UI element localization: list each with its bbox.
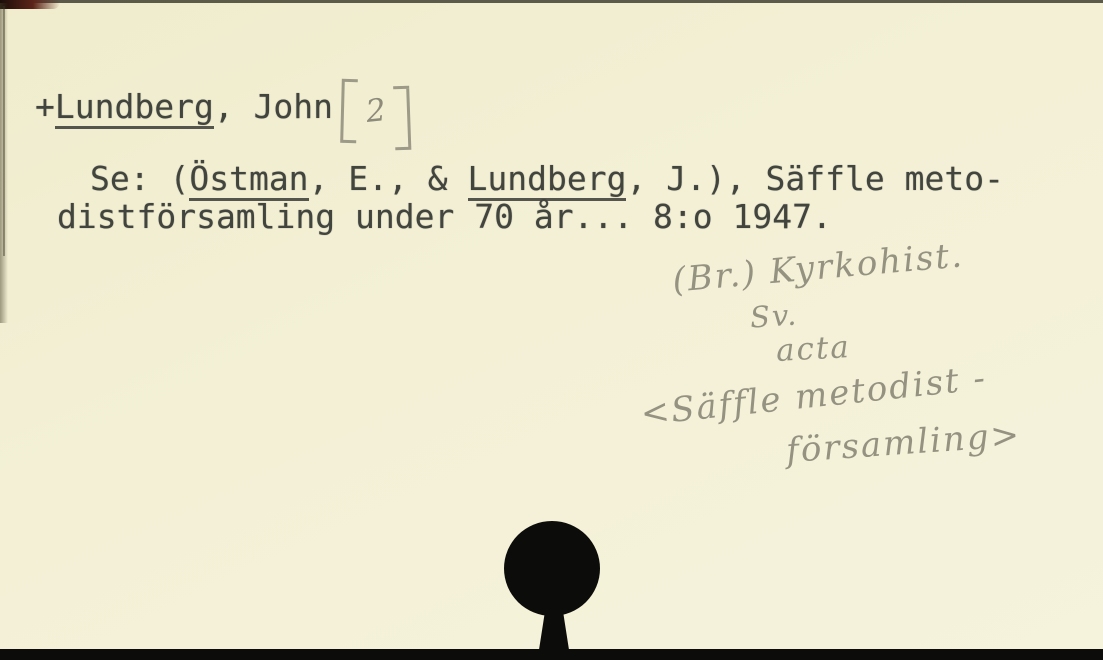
card-top-edge <box>0 0 1103 3</box>
heading-given-name: , John <box>214 87 333 126</box>
reference-author2: Lundberg <box>468 159 627 201</box>
hole-punch-circle <box>504 521 600 616</box>
pencil-bracket-open-mark <box>340 79 358 143</box>
reference-after: , J.), Säffle meto- <box>626 159 1004 198</box>
handwritten-note-acta: acta <box>775 329 852 369</box>
pencil-annotation: 2 <box>341 79 410 143</box>
top-left-red-mark <box>0 0 60 9</box>
heading-prefix: + <box>35 87 55 126</box>
heading-surname: Lundberg <box>55 87 214 129</box>
pencil-bracket-close-mark <box>393 86 411 151</box>
card-left-edge-line <box>3 6 5 256</box>
reference-author1: Östman <box>189 159 308 201</box>
pencil-annotation-number: 2 <box>364 92 387 130</box>
handwritten-note-subject-line2: församling> <box>785 415 1022 471</box>
reference-line-2: distförsamling under 70 år... 8:o 1947. <box>57 198 832 236</box>
reference-line-1: Se: (Östman, E., & Lundberg, J.), Säffle… <box>90 160 1004 198</box>
card-bottom-edge <box>0 649 1103 660</box>
heading-line: +Lundberg, John <box>35 88 333 126</box>
reference-between: , E., & <box>309 159 468 198</box>
reference-pre: Se: ( <box>90 159 189 198</box>
index-card: +Lundberg, John 2 Se: (Östman, E., & Lun… <box>0 0 1103 660</box>
handwritten-note-classification: (Br.) Kyrkohist. <box>671 235 965 300</box>
handwritten-note-sv: Sv. <box>749 297 799 334</box>
